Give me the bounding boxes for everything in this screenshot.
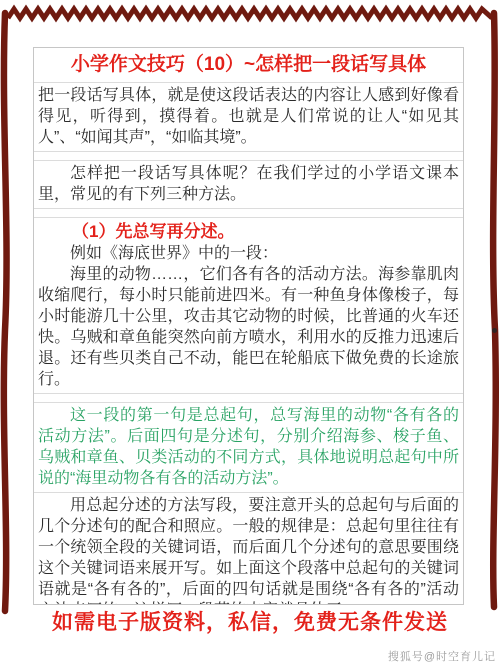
method-heading: （1）先总写再分述。: [38, 220, 459, 243]
footer-slogan: 如需电子版资料，私信，免费无条件发送: [0, 610, 500, 636]
right-border-stroke-icon: [493, 13, 496, 607]
analysis-paragraph: 这一段的第一句是总起句，总写海里的动物“各有各的活动方法”。后面四句是分述句，分…: [34, 403, 463, 493]
intro-paragraph: 把一段话写具体，就是使这段话表达的内容让人感到好像看得见，听得到，摸得着。也就是…: [34, 83, 463, 152]
method-block: （1）先总写再分述。 例如《海底世界》中的一段： 海里的动物……，它们各有各的活…: [34, 218, 463, 394]
worksheet-table: 小学作文技巧（10）~怎样把一段话写具体 把一段话写具体，就是使这段话表达的内容…: [33, 47, 464, 605]
spacer-row: [34, 209, 463, 218]
page-title: 小学作文技巧（10）~怎样把一段话写具体: [34, 48, 463, 83]
left-border-stroke-icon: [4, 13, 7, 611]
example-text: 海里的动物……，它们各有各的活动方法。海参靠肌肉收缩爬行，每小时只能前进四米。有…: [38, 264, 459, 390]
stray-dot: [492, 328, 497, 333]
example-intro: 例如《海底世界》中的一段：: [38, 243, 459, 264]
spacer-row: [34, 152, 463, 161]
top-zigzag-border-icon: [8, 9, 492, 18]
spacer-row: [34, 394, 463, 403]
question-paragraph: 怎样把一段话写具体呢？在我们学过的小学语文课本里，常见的有下列三种方法。: [34, 161, 463, 209]
summary-paragraph: 用总起分述的方法写段，要注意开头的总起句与后面的几个分述句的配合和照应。一般的规…: [34, 493, 463, 605]
watermark: 搜狐号@时空育儿记: [388, 648, 496, 664]
page: 小学作文技巧（10）~怎样把一段话写具体 把一段话写具体，就是使这段话表达的内容…: [0, 0, 500, 666]
